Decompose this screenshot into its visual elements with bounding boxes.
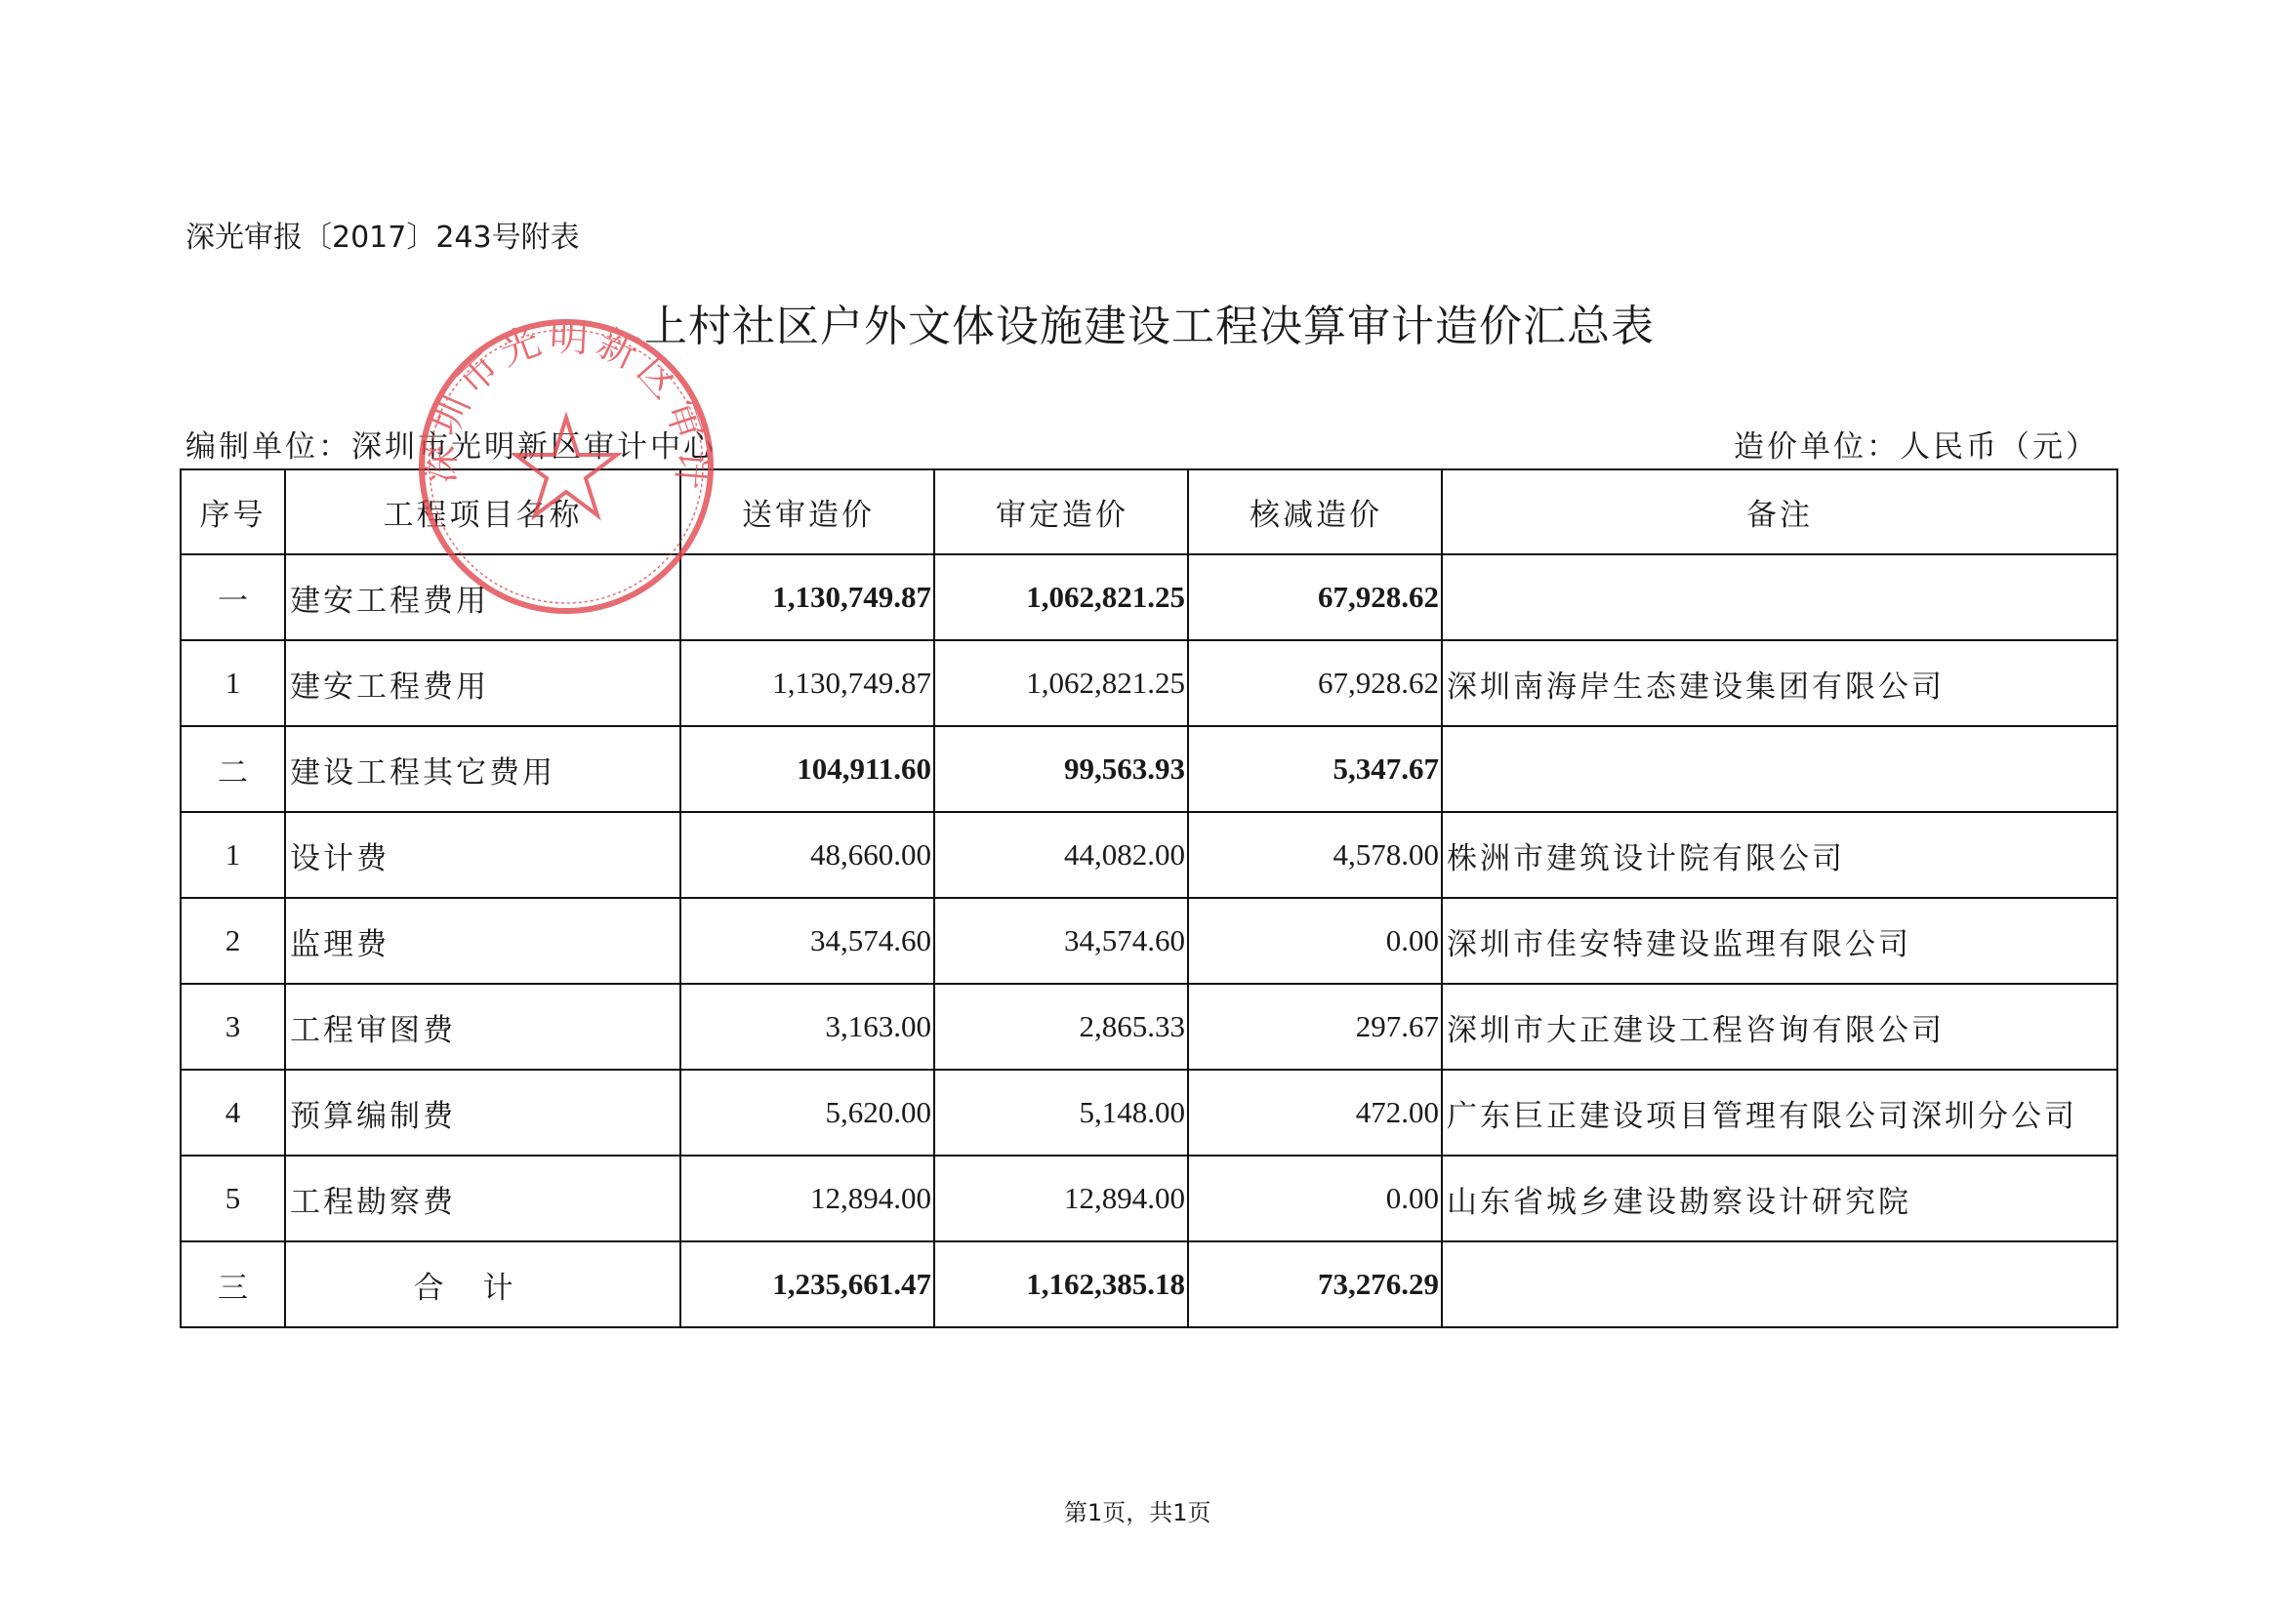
row-reduced-cost: 67,928.62 (1188, 554, 1442, 640)
row-reduced-cost: 472.00 (1188, 1070, 1442, 1156)
row-reduced-cost: 4,578.00 (1188, 812, 1442, 898)
row-project-name: 预算编制费 (285, 1070, 680, 1156)
row-index: 2 (181, 898, 285, 984)
row-approved-cost: 34,574.60 (934, 898, 1188, 984)
row-submitted-cost: 104,911.60 (680, 726, 934, 812)
row-remarks: 深圳市佳安特建设监理有限公司 (1442, 898, 2117, 984)
row-project-name: 监理费 (285, 898, 680, 984)
row-index: 二 (181, 726, 285, 812)
row-index: 1 (181, 640, 285, 726)
row-remarks: 深圳市大正建设工程咨询有限公司 (1442, 984, 2117, 1070)
row-reduced-cost: 73,276.29 (1188, 1241, 1442, 1327)
row-submitted-cost: 1,130,749.87 (680, 640, 934, 726)
row-index: 3 (181, 984, 285, 1070)
row-approved-cost: 12,894.00 (934, 1156, 1188, 1241)
page-number: 第1页，共1页 (1064, 1493, 1211, 1527)
column-header-submitted-cost: 送审造价 (680, 469, 934, 554)
table-row-total: 三 合计 1,235,661.47 1,162,385.18 73,276.29 (181, 1241, 2117, 1327)
table-row-section: 二 建设工程其它费用 104,911.60 99,563.93 5,347.67 (181, 726, 2117, 812)
row-project-name: 建安工程费用 (285, 640, 680, 726)
row-approved-cost: 99,563.93 (934, 726, 1188, 812)
row-remarks (1442, 1241, 2117, 1327)
table-row: 1 建安工程费用 1,130,749.87 1,062,821.25 67,92… (181, 640, 2117, 726)
row-project-name: 合计 (285, 1241, 680, 1327)
row-project-name: 工程审图费 (285, 984, 680, 1070)
row-reduced-cost: 0.00 (1188, 1156, 1442, 1241)
row-approved-cost: 2,865.33 (934, 984, 1188, 1070)
table-header-row: 序号 工程项目名称 送审造价 审定造价 核减造价 备注 (181, 469, 2117, 554)
row-submitted-cost: 3,163.00 (680, 984, 934, 1070)
row-submitted-cost: 1,235,661.47 (680, 1241, 934, 1327)
column-header-remarks: 备注 (1442, 469, 2117, 554)
column-header-reduced-cost: 核减造价 (1188, 469, 1442, 554)
preparation-unit: 编制单位：深圳市光明新区审计中心 (185, 422, 717, 466)
row-reduced-cost: 5,347.67 (1188, 726, 1442, 812)
row-index: 三 (181, 1241, 285, 1327)
row-submitted-cost: 34,574.60 (680, 898, 934, 984)
table-row: 2 监理费 34,574.60 34,574.60 0.00 深圳市佳安特建设监… (181, 898, 2117, 984)
column-header-index: 序号 (181, 469, 285, 554)
row-submitted-cost: 5,620.00 (680, 1070, 934, 1156)
row-project-name: 设计费 (285, 812, 680, 898)
table-row: 5 工程勘察费 12,894.00 12,894.00 0.00 山东省城乡建设… (181, 1156, 2117, 1241)
row-submitted-cost: 12,894.00 (680, 1156, 934, 1241)
row-submitted-cost: 1,130,749.87 (680, 554, 934, 640)
column-header-project-name: 工程项目名称 (285, 469, 680, 554)
currency-unit: 造价单位：人民币（元） (1734, 422, 2099, 466)
row-approved-cost: 1,162,385.18 (934, 1241, 1188, 1327)
table-row: 1 设计费 48,660.00 44,082.00 4,578.00 株洲市建筑… (181, 812, 2117, 898)
row-remarks: 广东巨正建设项目管理有限公司深圳分公司 (1442, 1070, 2117, 1156)
row-remarks: 深圳南海岸生态建设集团有限公司 (1442, 640, 2117, 726)
row-remarks (1442, 726, 2117, 812)
document-title: 上村社区户外文体设施建设工程决算审计造价汇总表 (644, 291, 1660, 353)
row-approved-cost: 1,062,821.25 (934, 640, 1188, 726)
row-approved-cost: 44,082.00 (934, 812, 1188, 898)
table-row: 3 工程审图费 3,163.00 2,865.33 297.67 深圳市大正建设… (181, 984, 2117, 1070)
row-index: 1 (181, 812, 285, 898)
row-reduced-cost: 297.67 (1188, 984, 1442, 1070)
row-submitted-cost: 48,660.00 (680, 812, 934, 898)
row-approved-cost: 1,062,821.25 (934, 554, 1188, 640)
row-index: 一 (181, 554, 285, 640)
row-index: 5 (181, 1156, 285, 1241)
row-reduced-cost: 0.00 (1188, 898, 1442, 984)
row-remarks: 株洲市建筑设计院有限公司 (1442, 812, 2117, 898)
cost-summary-table: 序号 工程项目名称 送审造价 审定造价 核减造价 备注 一 建安工程费用 1,1… (180, 468, 2118, 1328)
row-remarks: 山东省城乡建设勘察设计研究院 (1442, 1156, 2117, 1241)
column-header-approved-cost: 审定造价 (934, 469, 1188, 554)
table-row: 4 预算编制费 5,620.00 5,148.00 472.00 广东巨正建设项… (181, 1070, 2117, 1156)
row-remarks (1442, 554, 2117, 640)
row-project-name: 工程勘察费 (285, 1156, 680, 1241)
row-project-name: 建安工程费用 (285, 554, 680, 640)
row-reduced-cost: 67,928.62 (1188, 640, 1442, 726)
row-index: 4 (181, 1070, 285, 1156)
table-row-section: 一 建安工程费用 1,130,749.87 1,062,821.25 67,92… (181, 554, 2117, 640)
document-reference: 深光审报〔2017〕243号附表 (185, 213, 580, 256)
row-approved-cost: 5,148.00 (934, 1070, 1188, 1156)
row-project-name: 建设工程其它费用 (285, 726, 680, 812)
